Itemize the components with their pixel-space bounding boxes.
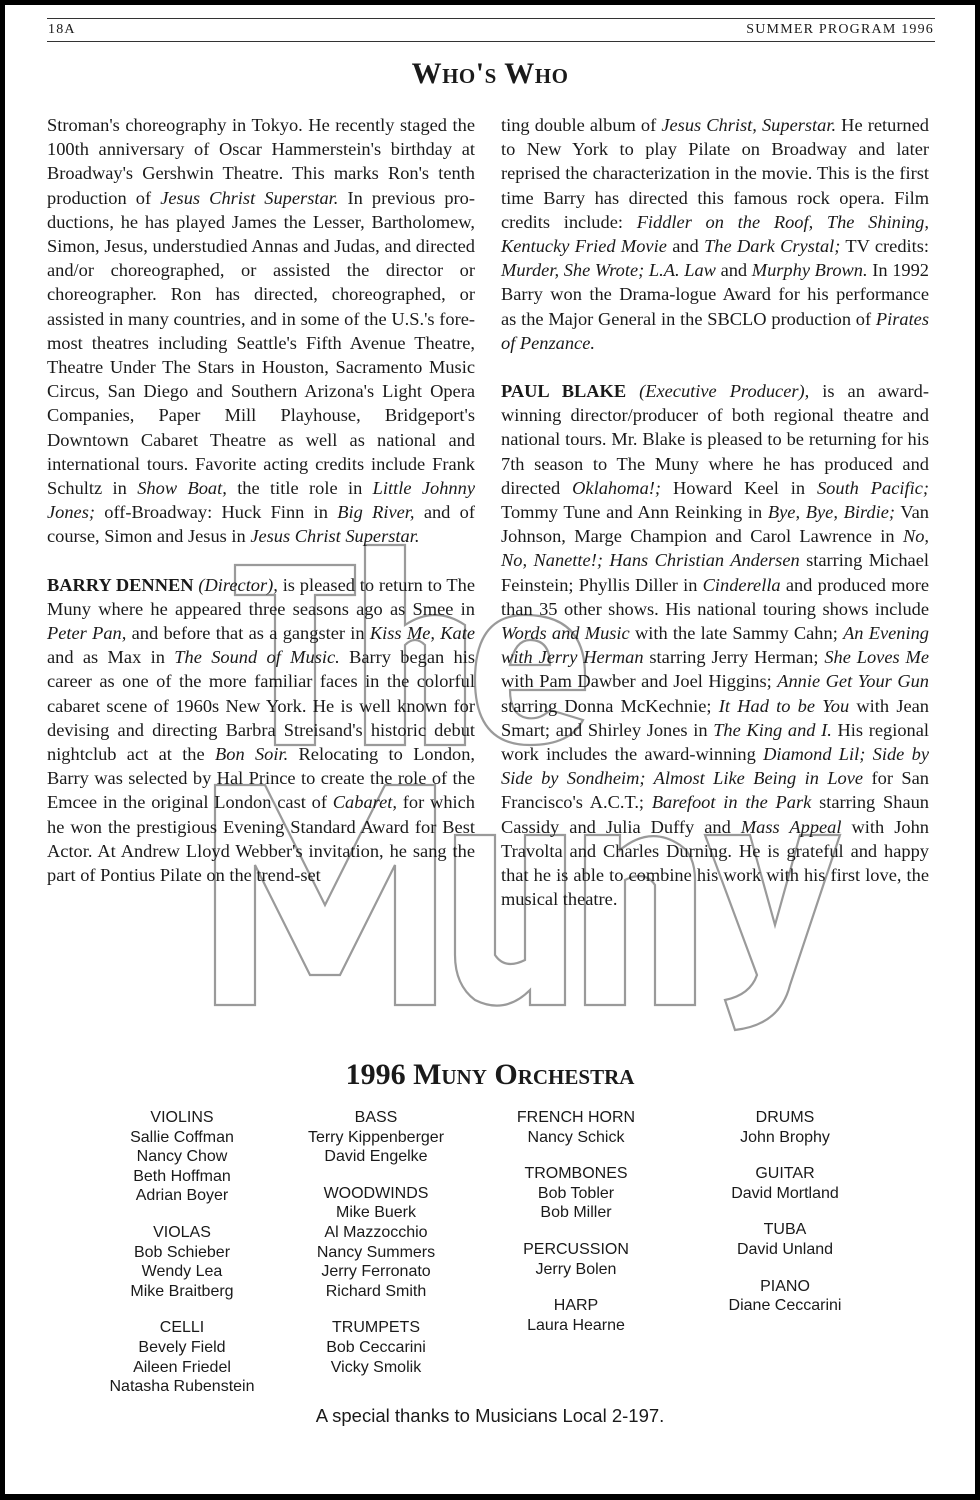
bio-role: (Director),	[198, 575, 278, 595]
section-heading: WOODWINDS	[261, 1184, 491, 1204]
section-heading: DRUMS	[670, 1108, 900, 1128]
section-guitar: GUITARDavid Mortland	[670, 1164, 900, 1203]
publication-title: SUMMER PROGRAM 1996	[746, 22, 934, 38]
musician-name: Jerry Bolen	[461, 1260, 691, 1280]
musician-name: Mike Buerk	[261, 1203, 491, 1223]
bio-role: (Executive Producer),	[639, 381, 809, 401]
page-title: Who's Who	[5, 57, 975, 91]
musician-name: Bob Ceccarini	[261, 1338, 491, 1358]
section-heading: FRENCH HORN	[461, 1108, 691, 1128]
musician-name: David Unland	[670, 1240, 900, 1260]
musician-name: Diane Ceccarini	[670, 1296, 900, 1316]
musician-name: Terry Kippenberger	[261, 1128, 491, 1148]
musician-name: Nancy Summers	[261, 1243, 491, 1263]
bio-barry-dennen-continued: ting double album of Jesus Christ, Super…	[501, 113, 929, 355]
section-tuba: TUBADavid Unland	[670, 1220, 900, 1259]
section-heading: BASS	[261, 1108, 491, 1128]
musician-name: Al Mazzocchio	[261, 1223, 491, 1243]
bio-name: PAUL BLAKE	[501, 381, 626, 401]
bio-column-left: Stroman's choreography in Tokyo. He rece…	[47, 113, 475, 911]
musician-name: David Mortland	[670, 1184, 900, 1204]
section-trombones: TROMBONESBob ToblerBob Miller	[461, 1164, 691, 1223]
roster-column-2: BASSTerry KippenbergerDavid EngelkeWOODW…	[261, 1108, 491, 1394]
musician-name: John Brophy	[670, 1128, 900, 1148]
bio-barry-dennen: BARRY DENNEN (Director), is pleased to r…	[47, 573, 475, 888]
musician-name: Richard Smith	[261, 1282, 491, 1302]
section-woodwinds: WOODWINDSMike BuerkAl MazzocchioNancy Su…	[261, 1184, 491, 1302]
musician-name: Bob Miller	[461, 1203, 691, 1223]
bio-name: BARRY DENNEN	[47, 575, 194, 595]
bio-body: is an award-winning director/producer of…	[501, 381, 929, 909]
section-french-horn: FRENCH HORNNancy Schick	[461, 1108, 691, 1147]
section-percussion: PERCUSSIONJerry Bolen	[461, 1240, 691, 1279]
running-header: 18A SUMMER PROGRAM 1996	[47, 18, 935, 42]
page-number: 18A	[48, 22, 76, 38]
musician-name: Bob Tobler	[461, 1184, 691, 1204]
section-piano: PIANODiane Ceccarini	[670, 1277, 900, 1316]
section-heading: PIANO	[670, 1277, 900, 1297]
section-bass: BASSTerry KippenbergerDavid Engelke	[261, 1108, 491, 1167]
orchestra-roster: VIOLINSSallie CoffmanNancy ChowBeth Hoff…	[5, 1108, 975, 1398]
bio-body: is pleased to return to The Muny where h…	[47, 575, 475, 885]
bio-column-right: ting double album of Jesus Christ, Super…	[501, 113, 929, 936]
section-trumpets: TRUMPETSBob CeccariniVicky Smolik	[261, 1318, 491, 1377]
section-heading: HARP	[461, 1296, 691, 1316]
program-page: 18A SUMMER PROGRAM 1996 Who's Who Stroma…	[5, 5, 975, 1494]
section-harp: HARPLaura Hearne	[461, 1296, 691, 1335]
section-drums: DRUMSJohn Brophy	[670, 1108, 900, 1147]
musician-name: David Engelke	[261, 1147, 491, 1167]
thanks-note: A special thanks to Musicians Local 2-19…	[5, 1405, 975, 1427]
bio-ron-continued: Stroman's choreography in Tokyo. He rece…	[47, 113, 475, 549]
bio-body: ting double album of Jesus Christ, Super…	[501, 115, 929, 353]
orchestra-title: 1996 Muny Orchestra	[5, 1058, 975, 1092]
bio-paul-blake: PAUL BLAKE (Executive Producer), is an a…	[501, 379, 929, 911]
musician-name: Nancy Schick	[461, 1128, 691, 1148]
roster-column-4: DRUMSJohn BrophyGUITARDavid MortlandTUBA…	[670, 1108, 900, 1333]
musician-name: Jerry Ferronato	[261, 1262, 491, 1282]
section-heading: TRUMPETS	[261, 1318, 491, 1338]
section-heading: GUITAR	[670, 1164, 900, 1184]
section-heading: TROMBONES	[461, 1164, 691, 1184]
section-heading: PERCUSSION	[461, 1240, 691, 1260]
musician-name: Vicky Smolik	[261, 1358, 491, 1378]
section-heading: TUBA	[670, 1220, 900, 1240]
musician-name: Laura Hearne	[461, 1316, 691, 1336]
roster-column-3: FRENCH HORNNancy SchickTROMBONESBob Tobl…	[461, 1108, 691, 1352]
